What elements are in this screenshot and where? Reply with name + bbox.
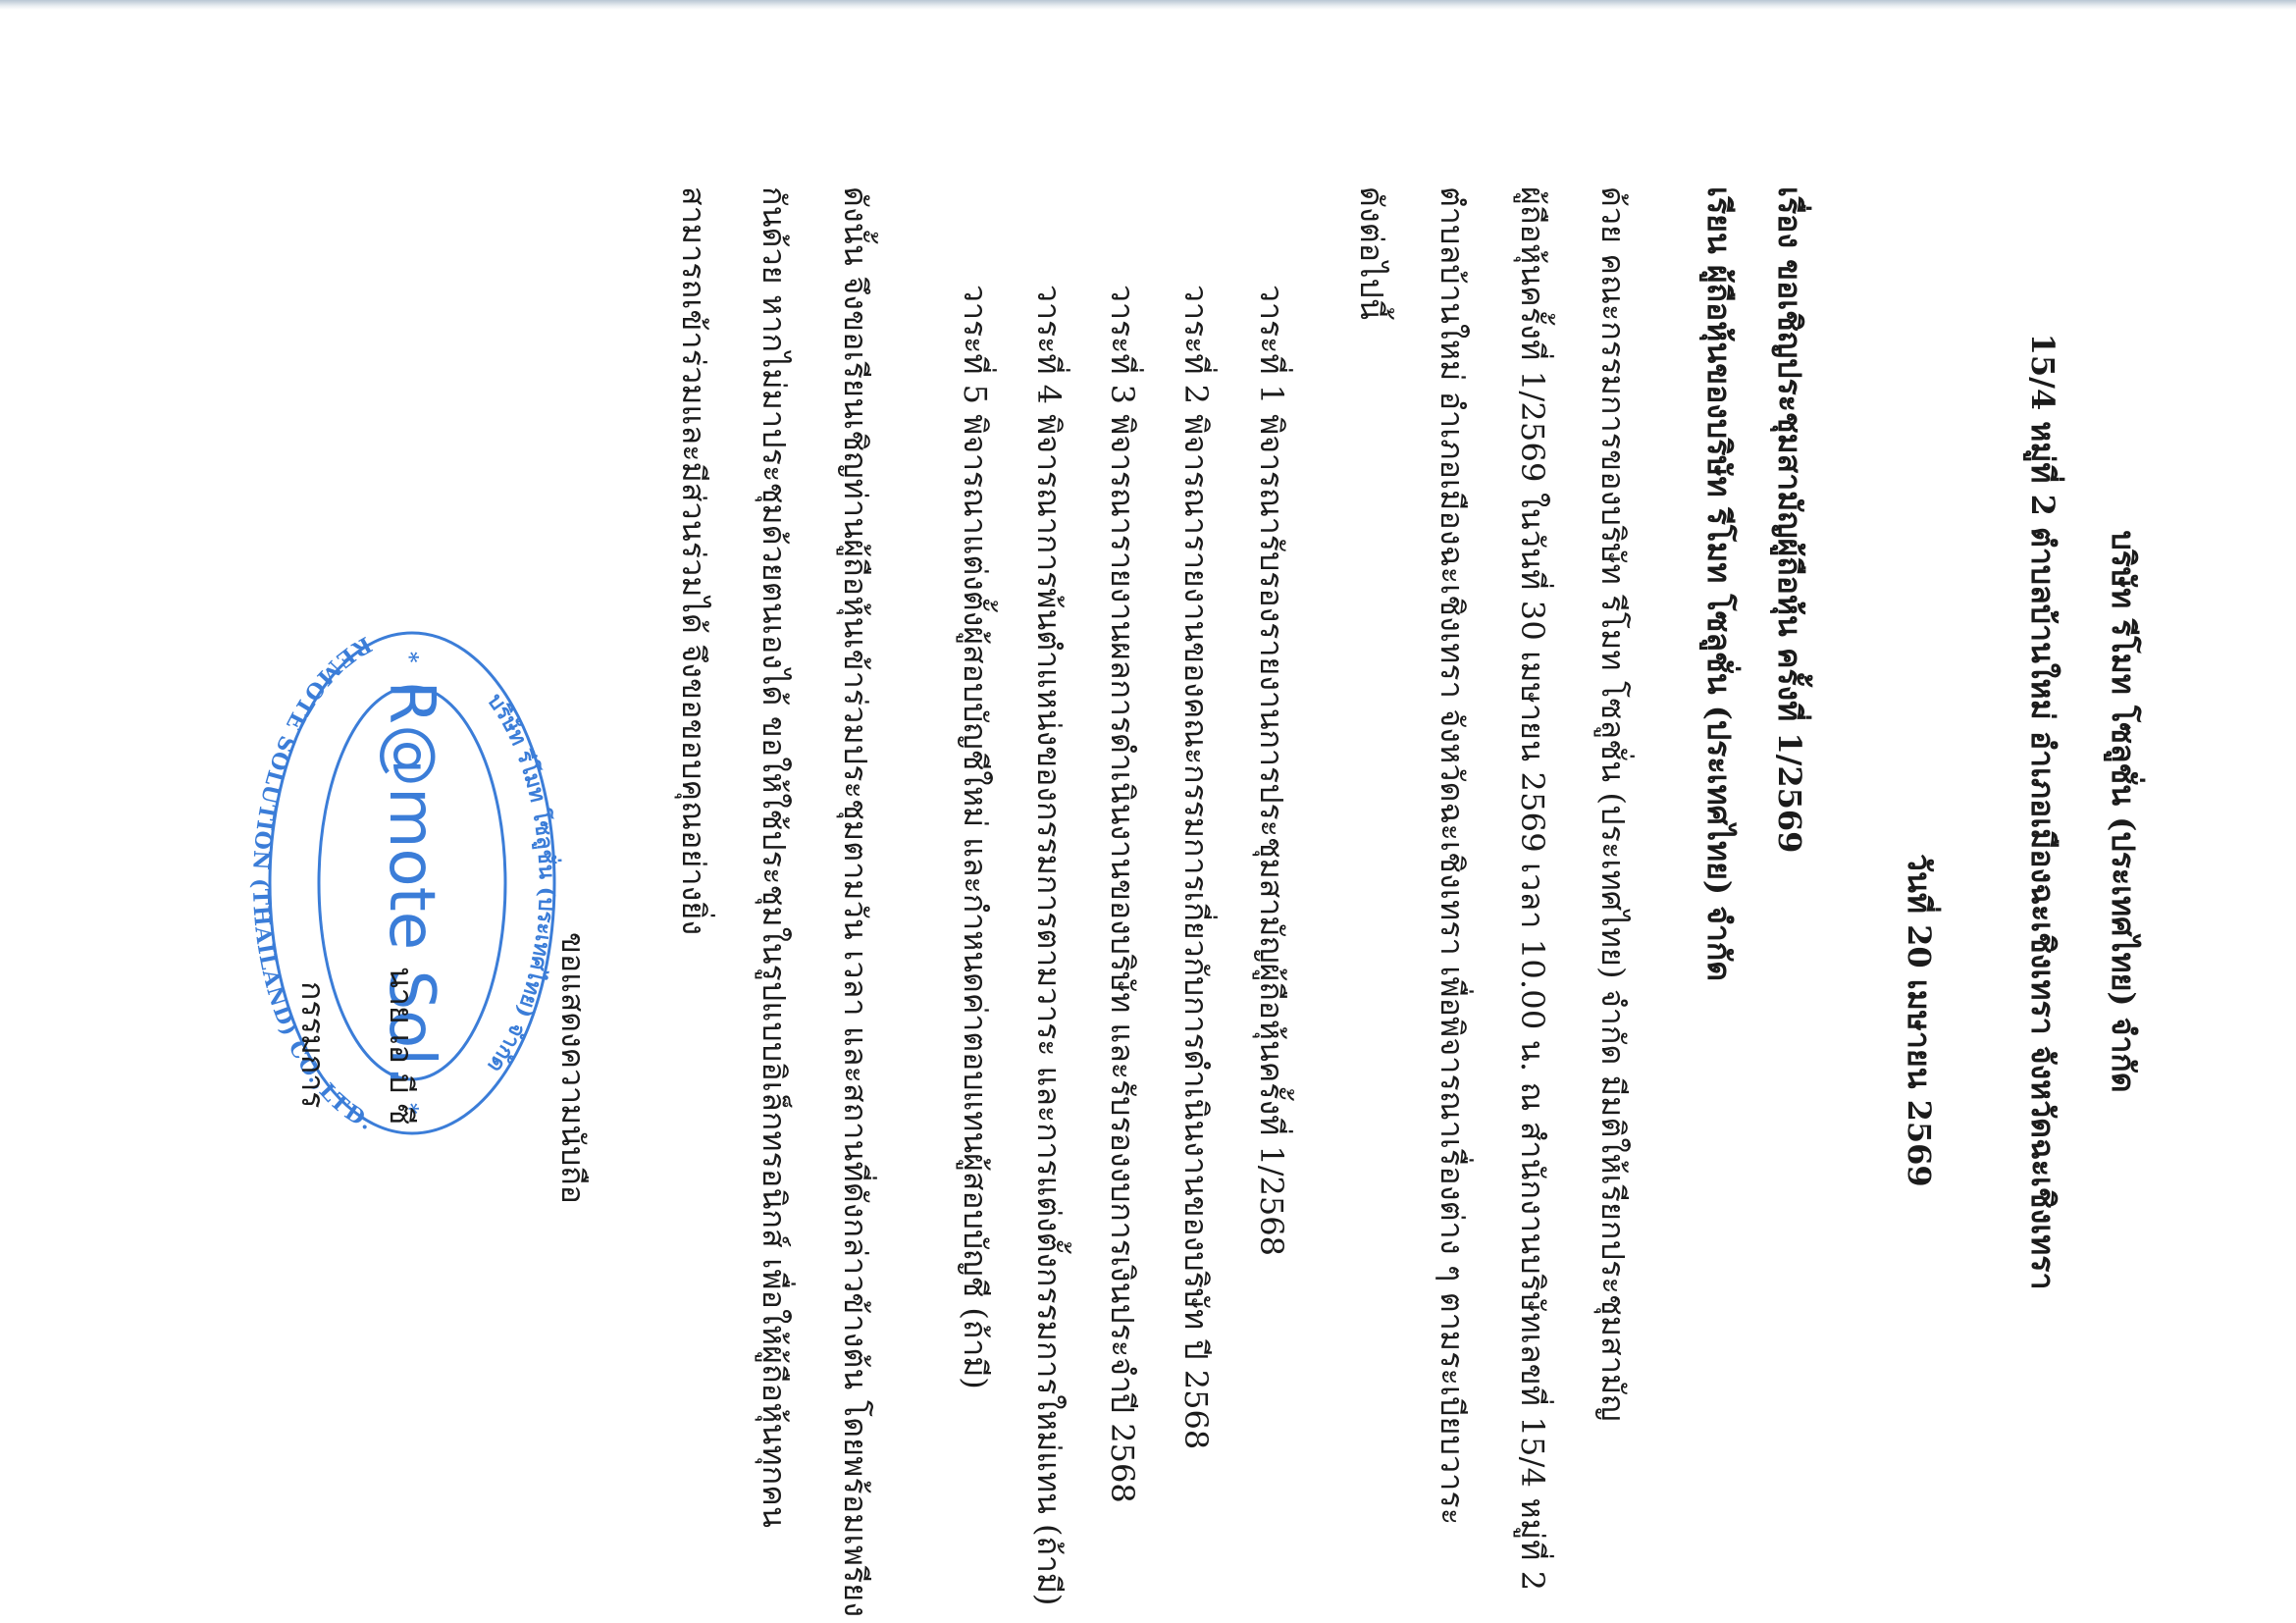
agenda-item: วาระที่ 2 พิจารณารายงานของคณะกรรมการเกี่… <box>1180 285 1212 1449</box>
agenda-item: วาระที่ 5 พิจารณาแต่งตั้งผู้สอบบัญชีใหม่… <box>960 285 991 1389</box>
agenda-item: วาระที่ 4 พิจารณาการพ้นตำแหน่งของกรรมการ… <box>1033 285 1065 1605</box>
letter-salutation: เรียน ผู้ถือหุ้นของบริษัท รีโมท โซลูชั่น… <box>1703 186 1735 981</box>
intro-line: ดังต่อไปนี้ <box>1356 186 1387 320</box>
stamp-star-left: * <box>396 652 422 663</box>
signer-title: กรรมการ <box>297 981 329 1108</box>
letterhead-company: บริษัท รีโมท โซลูชั่น (ประเทศไทย) จำกัด <box>2108 0 2139 1623</box>
letterhead-address: 15/4 หมู่ที่ 2 ตำบลบ้านใหม่ อำเภอเมืองฉะ… <box>2027 0 2059 1623</box>
letter-subject: เรื่อง ขอเชิญประชุมสามัญผู้ถือหุ้น ครั้ง… <box>1774 186 1805 853</box>
svg-text:บริษัท รีโมท โซลูชั่น (ประเทศไ: บริษัท รีโมท โซลูชั่น (ประเทศไทย) จำกัด <box>482 689 562 1077</box>
stamp-ring-thai: บริษัท รีโมท โซลูชั่น (ประเทศไทย) จำกัด <box>482 689 562 1077</box>
agenda-item: วาระที่ 3 พิจารณารายงานผลการดำเนินงานของ… <box>1107 285 1138 1503</box>
letter-date: วันที่ 20 เมษายน 2569 <box>1904 854 1935 1187</box>
letter-page: บริษัท รีโมท โซลูชั่น (ประเทศไทย) จำกัด … <box>0 0 2296 1623</box>
conclusion-line: กันด้วย หากไม่มาประชุมด้วยตนเองได้ ขอให้… <box>758 186 790 1528</box>
intro-line: ตำบลบ้านใหม่ อำเภอเมืองฉะเชิงเทรา จังหวั… <box>1436 186 1468 1525</box>
agenda-item: วาระที่ 1 พิจารณารับรองรายงานการประชุมสา… <box>1256 285 1287 1256</box>
intro-line: ผู้ถือหุ้นครั้งที่ 1/2569 ในวันที่ 30 เม… <box>1517 186 1548 1591</box>
signer-name: นาย เอ บี ซี <box>386 967 417 1125</box>
conclusion-line: สามารถเข้าร่วมและมีส่วนร่วมได้ จึงขอขอบค… <box>678 186 709 935</box>
conclusion-line: ดังนั้น จึงขอเรียนเชิญท่านผู้ถือหุ้นเข้า… <box>840 186 871 1617</box>
signature-closing: ขอแสดงความนับถือ <box>557 932 589 1204</box>
intro-line: ด้วย คณะกรรมการของบริษัท รีโมท โซลูชั่น … <box>1597 186 1629 1422</box>
